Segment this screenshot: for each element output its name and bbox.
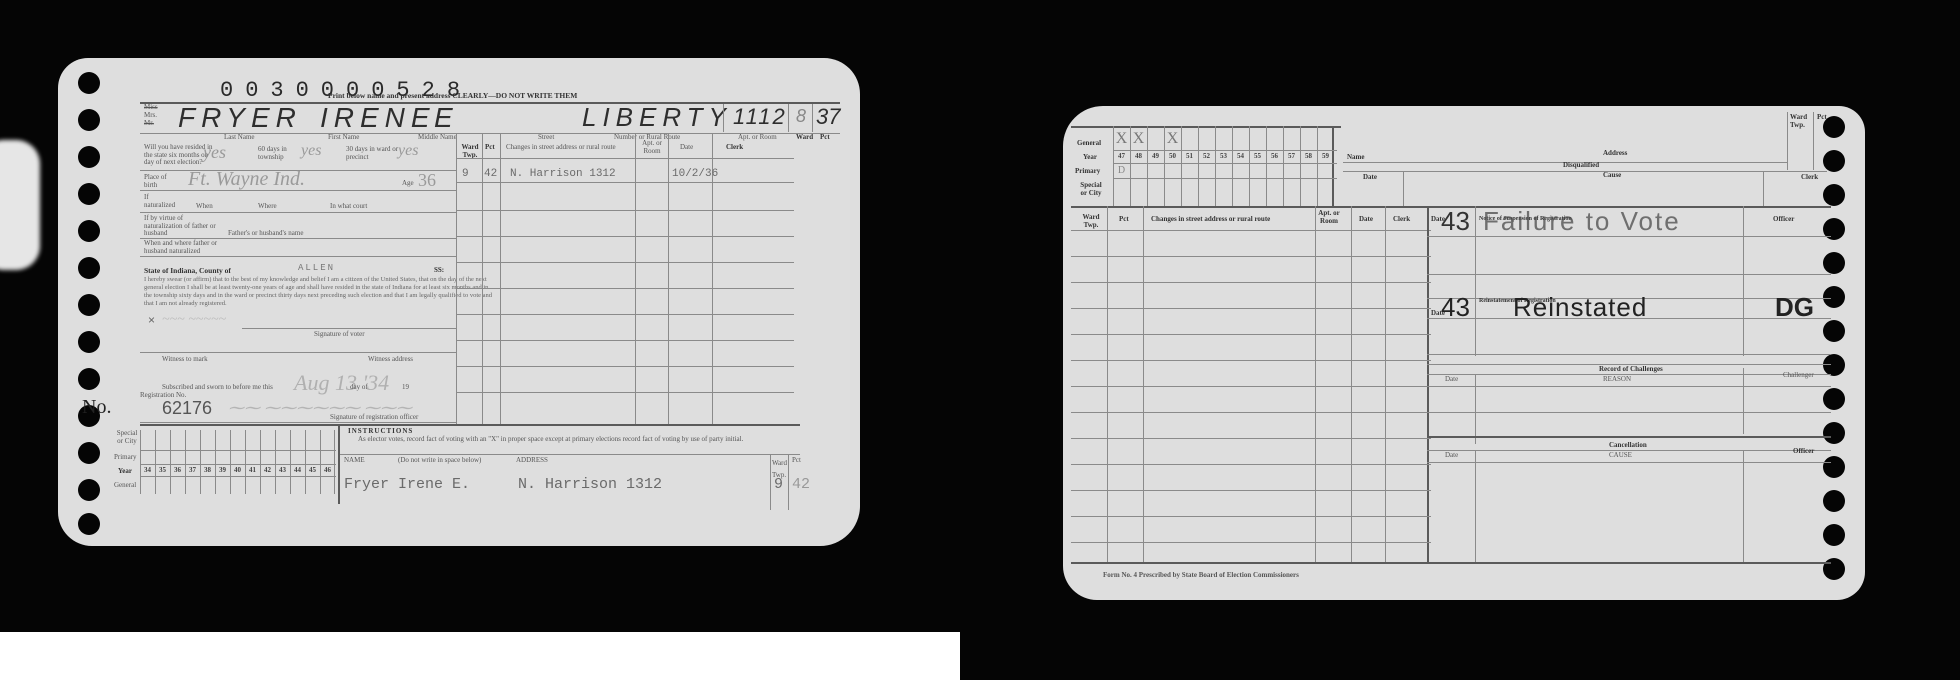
punch-hole-icon bbox=[1823, 422, 1845, 444]
year-cell: 55 bbox=[1249, 152, 1266, 162]
punch-hole-icon bbox=[1823, 286, 1845, 308]
subscribed-date: Aug 13 '34 bbox=[294, 370, 389, 396]
pct-value: 37 bbox=[816, 104, 840, 130]
punch-hole-icon bbox=[78, 72, 100, 94]
row-label-special: Special or City bbox=[1077, 182, 1105, 197]
col-header-pct: Pct bbox=[485, 144, 495, 152]
year-cell: 34 bbox=[140, 466, 155, 476]
divider bbox=[1743, 450, 1744, 562]
col-header-clerk: Clerk bbox=[726, 144, 743, 152]
witness-mark-label: Witness to mark bbox=[162, 356, 208, 364]
year-cell: 45 bbox=[305, 466, 320, 476]
challenges-date-label: Date bbox=[1445, 376, 1458, 384]
county-value: ALLEN bbox=[298, 263, 335, 273]
street-value: LIBERTY bbox=[582, 102, 732, 133]
naturalized-court-label: In what court bbox=[330, 203, 367, 211]
pct-label: Pct bbox=[820, 134, 830, 142]
divider bbox=[1475, 450, 1476, 562]
suspension-officer-label: Officer bbox=[1773, 216, 1794, 224]
year-cell: 57 bbox=[1283, 152, 1300, 162]
punch-hole-icon bbox=[78, 257, 100, 279]
disq-address-label: Address bbox=[1603, 150, 1627, 158]
year-cell: 59 bbox=[1317, 152, 1334, 162]
disq-name-label: Name bbox=[1347, 154, 1365, 162]
general-marks-row: X X X bbox=[1113, 130, 1337, 150]
typed-voter-name: Fryer Irene E. bbox=[344, 476, 470, 493]
change-row-date: 10/2/36 bbox=[672, 168, 718, 180]
typed-voter-address: N. Harrison 1312 bbox=[518, 476, 662, 493]
row-label-general: General bbox=[114, 482, 136, 490]
col-header-clerk: Clerk bbox=[1393, 216, 1410, 224]
residence-ward-question: 30 days in ward or precinct bbox=[346, 146, 406, 161]
last-name-value: FRYER bbox=[178, 102, 302, 134]
punch-hole-icon bbox=[1823, 524, 1845, 546]
first-name-label: First Name bbox=[328, 134, 359, 142]
background-white-region bbox=[0, 632, 960, 680]
registration-no-value: 62176 bbox=[162, 398, 212, 419]
year-cell: 46 bbox=[320, 466, 335, 476]
divider bbox=[1071, 360, 1431, 361]
divider bbox=[1427, 462, 1831, 463]
divider bbox=[1071, 542, 1431, 543]
divider bbox=[1071, 516, 1431, 517]
divider bbox=[456, 158, 794, 159]
primary-marks-row: D bbox=[1113, 165, 1337, 177]
ss-label: SS: bbox=[434, 267, 444, 275]
signature-mark-icon: × bbox=[148, 313, 155, 327]
year-cell: 56 bbox=[1266, 152, 1283, 162]
divider bbox=[456, 288, 794, 289]
birth-place-label: Place of birth bbox=[144, 174, 174, 189]
oath-state-line: State of Indiana, County of bbox=[144, 267, 231, 275]
divider bbox=[1743, 368, 1744, 434]
primary-party-mark: D bbox=[1113, 165, 1130, 177]
middle-name-label: Middle Name bbox=[418, 134, 457, 142]
divider bbox=[482, 134, 483, 424]
witness-address-label: Witness address bbox=[368, 356, 413, 364]
punch-hole-icon bbox=[1823, 388, 1845, 410]
divider bbox=[1071, 334, 1431, 335]
apt-label: Apt. or Room bbox=[738, 134, 777, 142]
when-where-label: When and where father or husband natural… bbox=[144, 240, 238, 255]
divider bbox=[140, 352, 456, 353]
first-name-value: IRENE bbox=[320, 102, 436, 134]
divider bbox=[1143, 206, 1144, 562]
divider bbox=[723, 104, 724, 132]
row-label-special: Special or City bbox=[114, 430, 140, 445]
col-header-ward: Ward Twp. bbox=[1077, 214, 1105, 229]
divider bbox=[1071, 490, 1431, 491]
col-header-date: Date bbox=[1359, 216, 1373, 224]
divider bbox=[500, 134, 501, 424]
year-cell: 51 bbox=[1181, 152, 1198, 162]
divider bbox=[1813, 112, 1814, 170]
no-write-label: (Do not write in space below) bbox=[398, 457, 481, 465]
disqualified-title: Disqualified bbox=[1563, 162, 1599, 170]
divider bbox=[668, 134, 669, 424]
year-cell: 36 bbox=[170, 466, 185, 476]
divider bbox=[1107, 206, 1108, 562]
year-cell: 42 bbox=[260, 466, 275, 476]
change-row-address: N. Harrison 1312 bbox=[510, 168, 616, 180]
year-label: 19 bbox=[402, 384, 409, 392]
middle-name-value: E bbox=[434, 102, 459, 134]
card-no-label: No. bbox=[82, 396, 111, 419]
suspension-stamp-year: 43 bbox=[1441, 206, 1470, 237]
divider bbox=[456, 314, 794, 315]
voter-signature: ~~~ ~~~~~ bbox=[162, 312, 226, 328]
punch-hole-icon bbox=[78, 183, 100, 205]
address-label: ADDRESS bbox=[516, 457, 548, 465]
year-cell: 38 bbox=[200, 466, 215, 476]
ward-label: Ward bbox=[796, 134, 813, 142]
year-cell: 41 bbox=[245, 466, 260, 476]
row-label-primary: Primary bbox=[114, 454, 137, 462]
punch-hole-icon bbox=[78, 331, 100, 353]
col-header-apt: Apt. or Room bbox=[1315, 210, 1343, 225]
back-ward-label: Ward Twp. bbox=[1790, 114, 1810, 129]
divider bbox=[1427, 436, 1831, 438]
col-header-apt: Apt. or Room bbox=[638, 140, 666, 155]
divider bbox=[1343, 171, 1827, 172]
number-value: 1112 bbox=[733, 104, 787, 130]
vote-mark-x-icon: X bbox=[1164, 130, 1181, 150]
title-mr: Mr. bbox=[144, 120, 154, 128]
registration-card-front: 0030000528 Print below name and present … bbox=[58, 58, 860, 546]
challenges-challenger-label: Challenger bbox=[1783, 372, 1814, 380]
divider bbox=[340, 454, 800, 455]
divider bbox=[456, 210, 794, 211]
row-label-year: Year bbox=[118, 468, 132, 476]
year-cell: 40 bbox=[230, 466, 245, 476]
age-label: Age bbox=[402, 180, 414, 188]
registration-card-back: General Year Primary Special or City X X… bbox=[1063, 106, 1865, 600]
year-cell: 53 bbox=[1215, 152, 1232, 162]
divider bbox=[140, 422, 456, 423]
officer-signature-label: Signature of registration officer bbox=[330, 414, 418, 422]
divider bbox=[1763, 172, 1764, 206]
vote-mark-x-icon: X bbox=[1113, 130, 1130, 150]
divider bbox=[140, 424, 800, 426]
cancellation-date-label: Date bbox=[1445, 452, 1458, 460]
punch-hole-icon bbox=[78, 109, 100, 131]
year-cell: 35 bbox=[155, 466, 170, 476]
punch-hole-icon bbox=[78, 146, 100, 168]
divider bbox=[1071, 386, 1431, 387]
punch-hole-icon bbox=[1823, 320, 1845, 342]
divider bbox=[242, 328, 456, 329]
divider bbox=[140, 450, 336, 451]
divider bbox=[456, 182, 794, 183]
divider bbox=[456, 134, 457, 424]
vote-mark bbox=[1147, 130, 1164, 150]
challenges-title: Record of Challenges bbox=[1599, 366, 1663, 374]
birth-place-value: Ft. Wayne Ind. bbox=[188, 168, 305, 191]
divider bbox=[812, 104, 813, 132]
cancellation-officer-label: Officer bbox=[1793, 448, 1814, 456]
voter-signature-label: Signature of voter bbox=[314, 331, 365, 339]
punch-hole-icon bbox=[1823, 490, 1845, 512]
naturalized-when-label: When bbox=[196, 203, 213, 211]
header-instruction: Print below name and present address CLE… bbox=[328, 92, 577, 100]
residence-ward-answer: yes bbox=[398, 142, 418, 160]
divider bbox=[1315, 206, 1316, 562]
year-cell: 43 bbox=[275, 466, 290, 476]
divider bbox=[1427, 274, 1831, 275]
divider bbox=[140, 464, 336, 465]
divider bbox=[1385, 206, 1386, 562]
divider bbox=[1113, 178, 1337, 179]
instructions-text: As elector votes, record fact of voting … bbox=[358, 436, 788, 444]
year-cell: 58 bbox=[1300, 152, 1317, 162]
cancellation-cause-label: CAUSE bbox=[1609, 452, 1632, 460]
divider bbox=[1071, 412, 1431, 413]
year-cell: 39 bbox=[215, 466, 230, 476]
divider bbox=[1427, 354, 1831, 355]
year-cell: 52 bbox=[1198, 152, 1215, 162]
divider bbox=[1351, 206, 1352, 562]
row-label-year: Year bbox=[1083, 154, 1097, 162]
punch-hole-icon bbox=[78, 220, 100, 242]
year-row-front: 34 35 36 37 38 39 40 41 42 43 44 45 46 bbox=[140, 466, 336, 476]
col-header-changes: Changes in street address or rural route bbox=[1151, 216, 1270, 224]
change-row-pct: 42 bbox=[484, 168, 497, 180]
col-header-date: Date bbox=[680, 144, 693, 152]
year-cell: 54 bbox=[1232, 152, 1249, 162]
divider bbox=[788, 454, 789, 510]
divider bbox=[1475, 206, 1476, 356]
divider bbox=[140, 256, 456, 257]
age-value: 36 bbox=[418, 170, 436, 191]
virtue-label: If by virtue of naturalization of father… bbox=[144, 215, 220, 238]
year-cell: 37 bbox=[185, 466, 200, 476]
disq-clerk-label: Clerk bbox=[1801, 174, 1818, 182]
divider bbox=[1475, 374, 1476, 444]
year-cell: 50 bbox=[1164, 152, 1181, 162]
naturalized-label: If naturalized bbox=[144, 194, 180, 209]
divider bbox=[1403, 172, 1404, 206]
year-cell: 49 bbox=[1147, 152, 1164, 162]
row-label-primary: Primary bbox=[1075, 168, 1100, 176]
divider bbox=[1071, 282, 1431, 283]
typed-pct: 42 bbox=[792, 476, 810, 493]
punch-hole-icon bbox=[78, 479, 100, 501]
divider bbox=[1071, 438, 1431, 439]
residence-township-answer: yes bbox=[301, 142, 321, 160]
street-label: Street bbox=[538, 134, 554, 142]
divider bbox=[1071, 308, 1431, 309]
change-row-ward: 9 bbox=[462, 168, 469, 180]
divider bbox=[788, 104, 789, 132]
divider bbox=[635, 134, 636, 424]
ward-value: 8 bbox=[796, 106, 806, 127]
punch-hole-icon bbox=[1823, 252, 1845, 274]
name-label: NAME bbox=[344, 457, 365, 465]
divider bbox=[456, 340, 794, 341]
year-cell: 48 bbox=[1130, 152, 1147, 162]
punch-hole-icon bbox=[78, 442, 100, 464]
punch-hole-icon bbox=[78, 294, 100, 316]
punch-hole-icon bbox=[78, 368, 100, 390]
divider bbox=[456, 236, 794, 237]
divider bbox=[1071, 256, 1431, 257]
row-label-general: General bbox=[1077, 140, 1101, 148]
bottom-pct-label: Pct bbox=[792, 457, 801, 465]
divider bbox=[770, 454, 771, 510]
form-footer: Form No. 4 Prescribed by State Board of … bbox=[1103, 572, 1299, 580]
divider bbox=[1071, 230, 1431, 231]
divider bbox=[1787, 112, 1788, 170]
divider bbox=[1743, 206, 1744, 356]
col-header-pct: Pct bbox=[1119, 216, 1129, 224]
cancellation-title: Cancellation bbox=[1609, 442, 1647, 450]
day-label: day of bbox=[350, 384, 368, 392]
divider bbox=[1427, 386, 1831, 387]
adjacent-card-edge bbox=[0, 140, 40, 270]
year-row-back: 47 48 49 50 51 52 53 54 55 56 57 58 59 bbox=[1113, 152, 1337, 162]
divider bbox=[1427, 236, 1831, 237]
residence-state-answer: yes bbox=[203, 142, 226, 163]
divider bbox=[1071, 464, 1431, 465]
punch-hole-icon bbox=[1823, 150, 1845, 172]
naturalized-where-label: Where bbox=[258, 203, 277, 211]
divider bbox=[140, 476, 336, 477]
typed-ward: 9 bbox=[774, 476, 783, 493]
divider bbox=[338, 424, 340, 504]
divider bbox=[1427, 412, 1831, 413]
voting-grid-front bbox=[140, 430, 336, 494]
back-pct-label: Pct bbox=[1817, 114, 1827, 122]
divider bbox=[1113, 163, 1337, 164]
year-cell: 44 bbox=[290, 466, 305, 476]
punch-hole-icon bbox=[78, 513, 100, 535]
oath-text: I hereby swear (or affirm) that to the b… bbox=[144, 276, 492, 308]
last-name-label: Last Name bbox=[224, 134, 255, 142]
punch-hole-icon bbox=[1823, 184, 1845, 206]
divider bbox=[140, 212, 456, 213]
father-name-label: Father's or husband's name bbox=[228, 230, 303, 238]
punch-hole-icon bbox=[1823, 354, 1845, 376]
divider bbox=[456, 262, 794, 263]
disq-date-label: Date bbox=[1363, 174, 1377, 182]
suspension-stamp-text: Failure to Vote bbox=[1483, 206, 1681, 237]
col-header-changes: Changes in street address or rural route bbox=[506, 144, 616, 152]
vote-mark-x-icon: X bbox=[1130, 130, 1147, 150]
divider bbox=[1071, 562, 1831, 564]
divider bbox=[1113, 150, 1337, 151]
divider bbox=[456, 392, 794, 393]
divider bbox=[1427, 206, 1429, 562]
punch-hole-icon bbox=[1823, 456, 1845, 478]
disq-cause-label: Cause bbox=[1603, 172, 1621, 180]
divider bbox=[456, 366, 794, 367]
divider bbox=[1427, 318, 1831, 319]
challenges-reason-label: REASON bbox=[1603, 376, 1631, 384]
divider bbox=[140, 190, 456, 191]
year-cell: 47 bbox=[1113, 152, 1130, 162]
